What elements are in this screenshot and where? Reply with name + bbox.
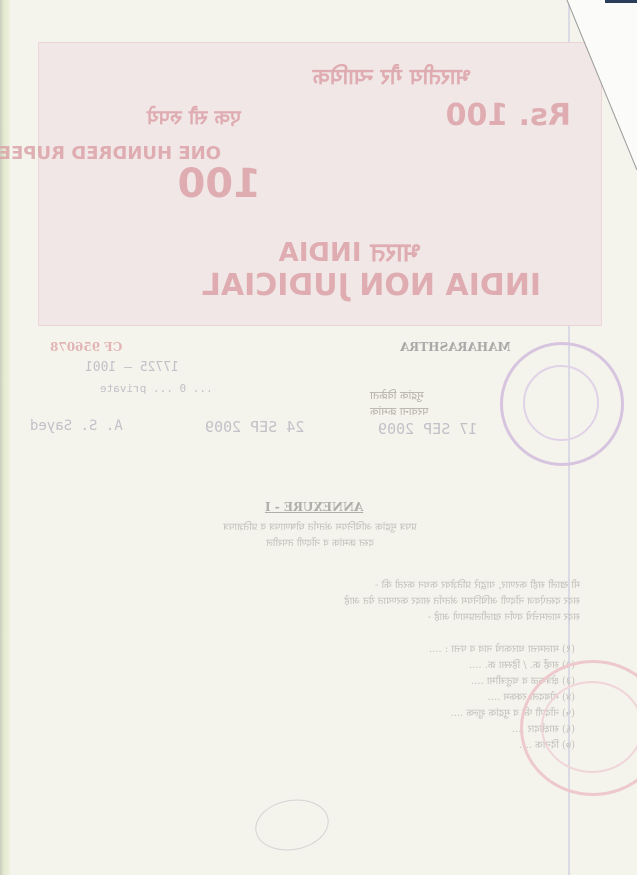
stamp-paper-header: भारतीय गैर न्यायिक Rs. 100 एक सौ रुपये O… [38, 42, 602, 326]
body-line: सदर दस्तऐवज नोंदणी अधिनियम अंतर्गत सादर … [60, 594, 580, 610]
handwritten-line-1: 17725 — 1001 [85, 360, 179, 375]
stamp-country: भारत INDIA [279, 233, 421, 269]
stamp-value-hindi: एक सौ रुपये [147, 103, 241, 130]
intro-block: प्रपत्र मुद्रांक अधिनियम अंतर्गत घोषणापत… [70, 520, 570, 552]
signature-scribble [251, 794, 333, 856]
vendor-line-1: मुद्रांक विक्रेता [370, 388, 424, 403]
list-line: (५) नोंदणी फी व मुद्रांक शुल्क .... [95, 706, 575, 722]
list-line: (२) सर्व्हे क्र. / हिस्सा क्र. .... [95, 658, 575, 674]
intro-line: दस्त क्रमांक व नोंदणी तपशील [70, 536, 570, 552]
list-line: (६) साक्षीदार .... [95, 722, 575, 738]
body-line: सदर मालमत्तेचे वर्णन खालीलप्रमाणे आहे - [60, 610, 580, 626]
vendor-date: 17 SEP 2009 [378, 420, 477, 438]
annexure-title: ANNEXURE - I [265, 500, 363, 514]
list-line: (७) दिनांक .... [95, 738, 575, 754]
stamped-date: 24 SEP 2009 [205, 418, 304, 436]
vendor-line-2: परवाना क्रमांक [370, 404, 429, 419]
list-block: (१) मालमत्ता धारकाचे नाव व पत्ता : .... … [95, 642, 575, 754]
body-block: मी खाली सही करणार, याद्वारे प्रतिज्ञेवर … [60, 578, 580, 626]
serial-number: CF 956078 [50, 340, 122, 354]
stamp-banner: INDIA NON JUDICIAL [202, 268, 541, 303]
list-line: (४) मोबदला रक्कम .... [95, 690, 575, 706]
body-line: मी खाली सही करणार, याद्वारे प्रतिज्ञेवर … [60, 578, 580, 594]
intro-line: प्रपत्र मुद्रांक अधिनियम अंतर्गत घोषणापत… [70, 520, 570, 536]
handwritten-line-2: ... 0 ... private [100, 382, 213, 395]
list-line: (१) मालमत्ता धारकाचे नाव व पत्ता : .... [95, 642, 575, 658]
paper-left-edge [0, 0, 10, 875]
list-line: (३) क्षेत्रफळ व चतुःसीमा .... [95, 674, 575, 690]
state-label: MAHARASHTRA [400, 340, 511, 354]
page-fold-corner [547, 0, 637, 875]
stamp-value-big: 100 [178, 161, 262, 207]
stamp-header-hindi: भारतीय गैर न्यायिक [313, 61, 471, 91]
handwritten-reference: A. S. Sayed [30, 418, 123, 434]
